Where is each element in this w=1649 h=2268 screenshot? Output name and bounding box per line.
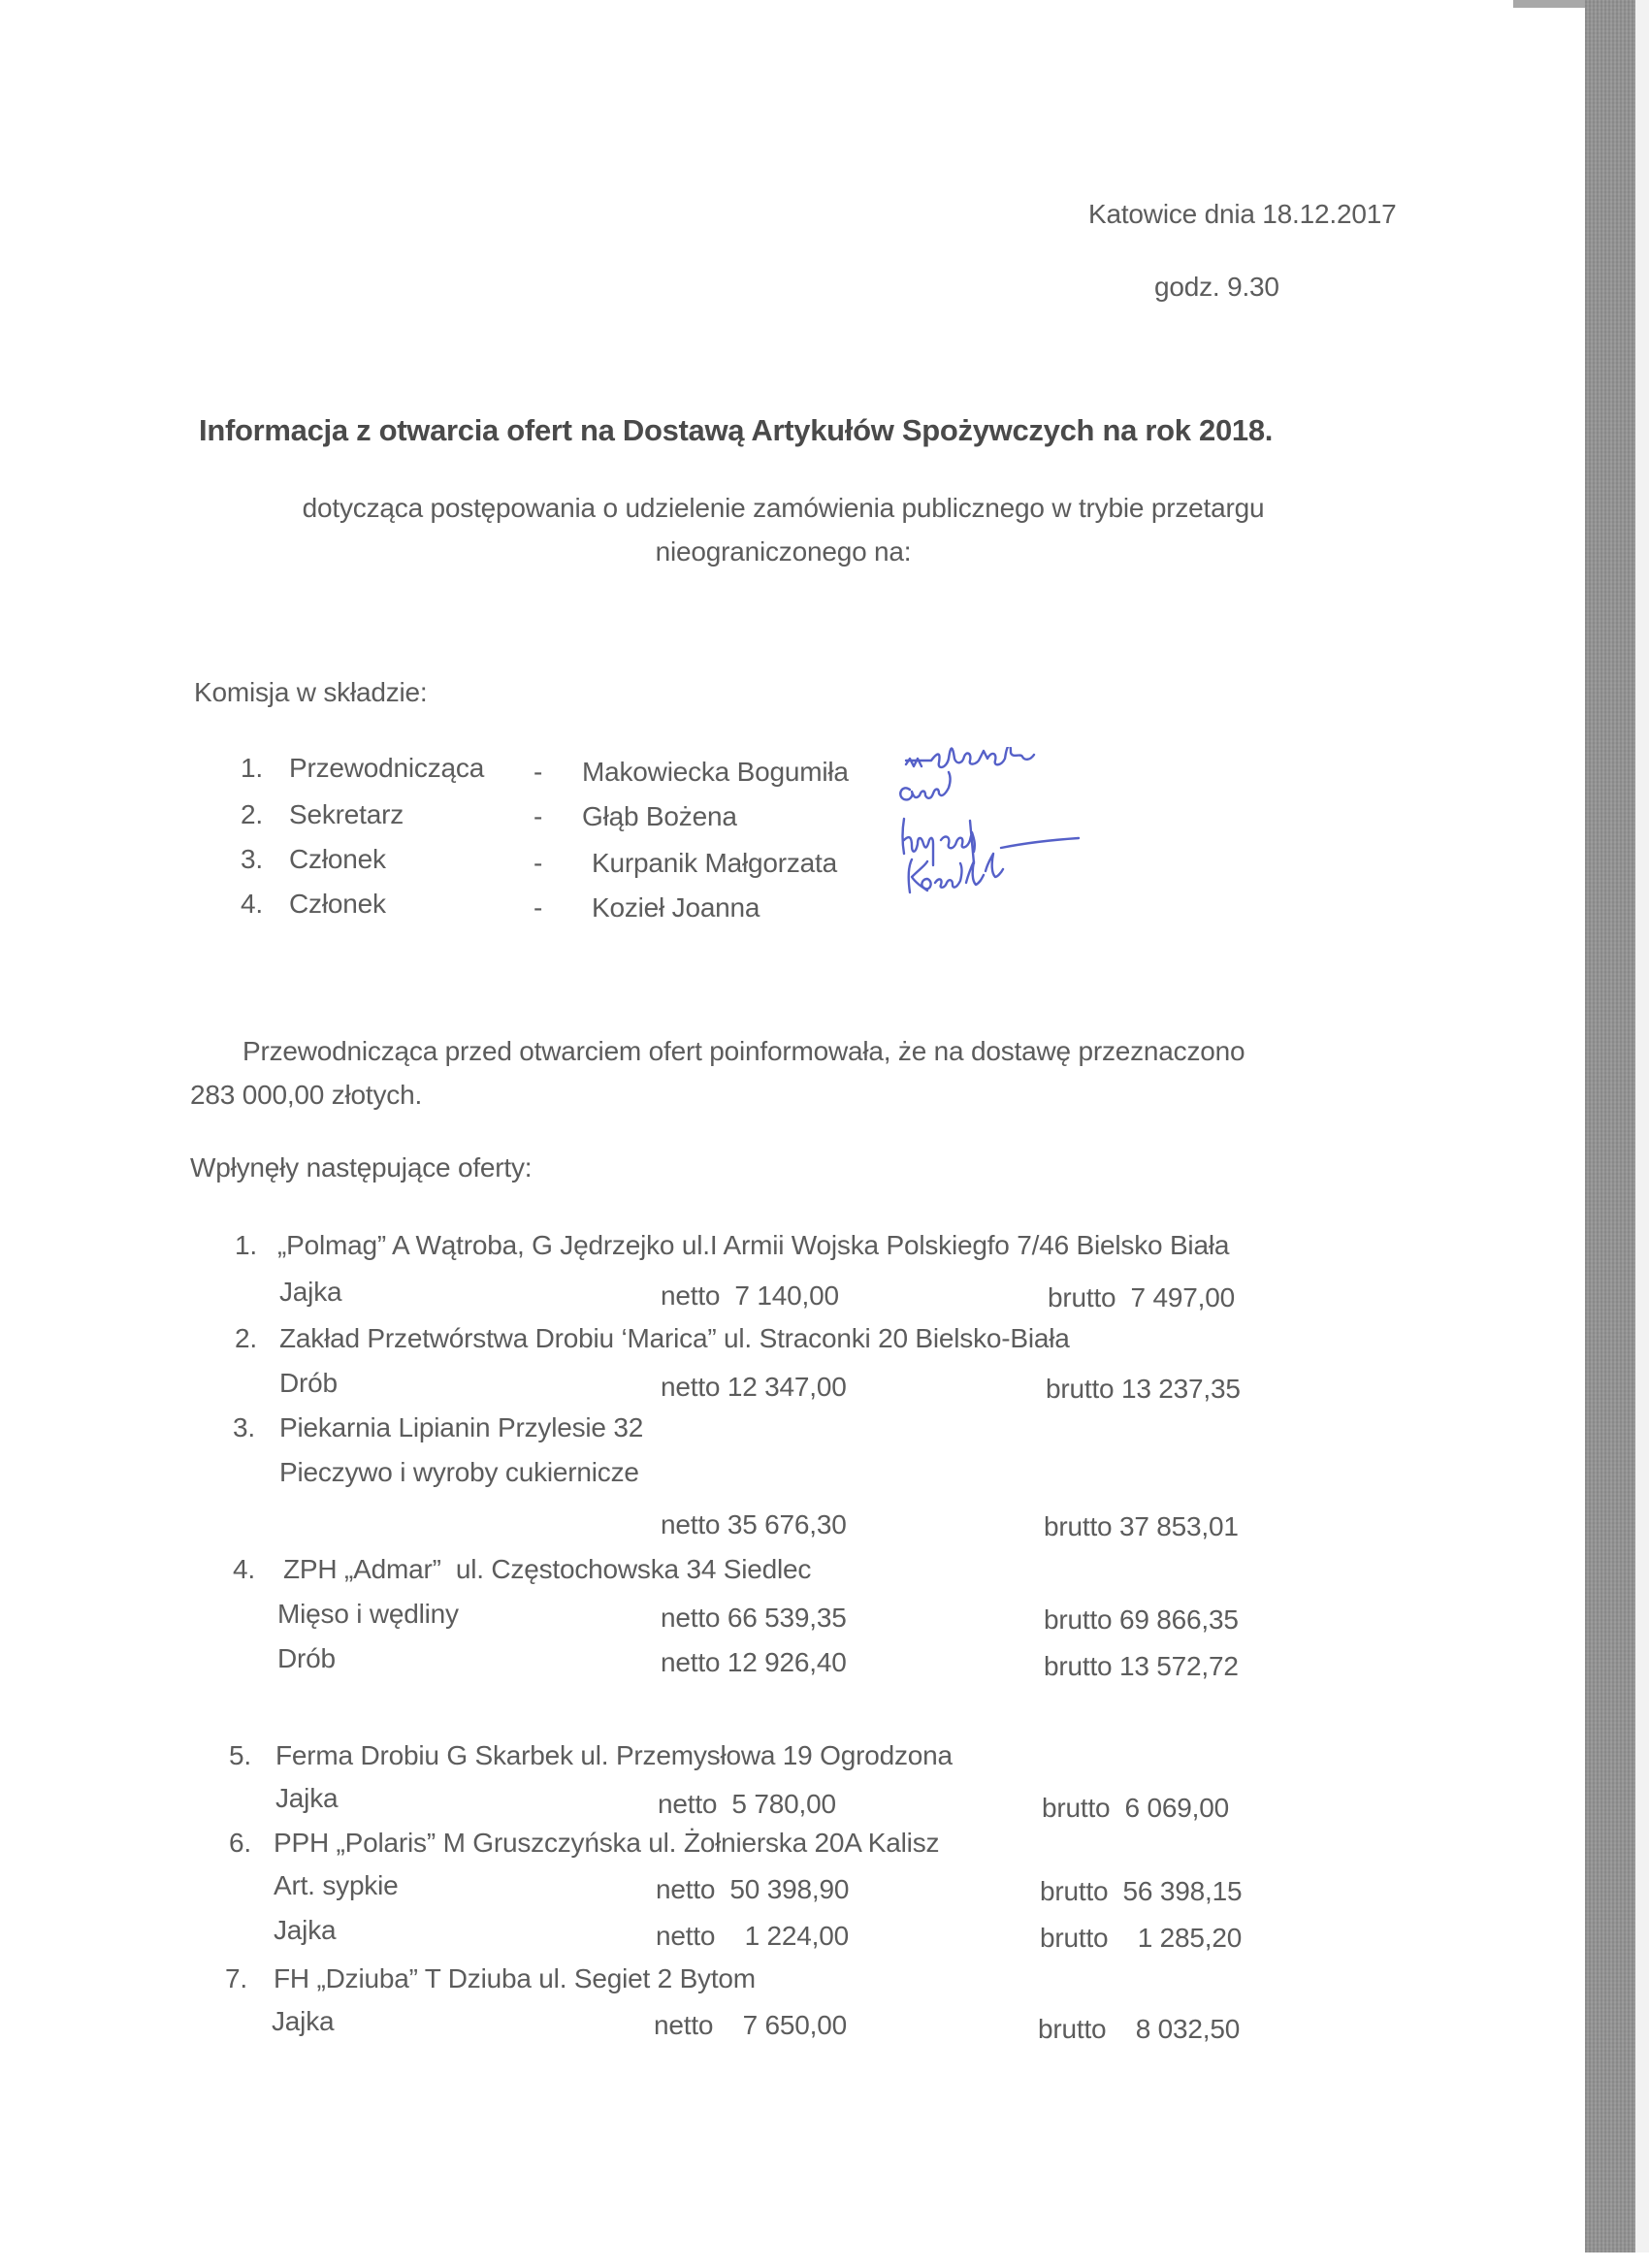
subtitle-line-2: nieograniczonego na:: [199, 538, 1368, 566]
offer-netto: netto 50 398,90: [656, 1876, 849, 1903]
offer-number: 7.: [225, 1965, 247, 1993]
offer-brutto: brutto 8 032,50: [1038, 2016, 1240, 2043]
offer-brutto: brutto 56 398,15: [1040, 1878, 1242, 1905]
offer-brutto: brutto 6 069,00: [1042, 1795, 1229, 1822]
scanner-edge-margin: [1635, 0, 1649, 2268]
handwritten-signatures: [892, 747, 1183, 941]
offer-netto: netto 1 224,00: [656, 1923, 849, 1950]
offer-company: „Polmag” A Wątroba, G Jędrzejko ul.I Arm…: [277, 1232, 1229, 1259]
offer-product: Drób: [277, 1645, 336, 1672]
place-date: Katowice dnia 18.12.2017: [1088, 201, 1396, 228]
offer-product: Art. sypkie: [274, 1872, 399, 1899]
member-number: 3.: [241, 846, 263, 873]
member-dash: -: [533, 803, 542, 830]
offer-brutto: brutto 13 572,72: [1044, 1653, 1239, 1680]
offer-company: Piekarnia Lipianin Przylesie 32: [279, 1414, 643, 1442]
offer-product: Drób: [279, 1370, 338, 1397]
offer-product: Jajka: [274, 1917, 336, 1944]
offer-brutto: brutto 7 497,00: [1048, 1284, 1235, 1312]
member-role: Członek: [289, 891, 386, 918]
offer-netto: netto 12 347,00: [661, 1374, 847, 1401]
member-role: Członek: [289, 846, 386, 873]
offer-netto: netto 35 676,30: [661, 1511, 847, 1539]
offer-number: 6.: [229, 1830, 251, 1857]
committee-heading: Komisja w składzie:: [194, 679, 428, 706]
budget-line-1: Przewodnicząca przed otwarciem ofert poi…: [242, 1038, 1245, 1065]
member-role: Sekretarz: [289, 801, 404, 828]
member-dash: -: [533, 850, 542, 877]
member-name: Makowiecka Bogumiła: [582, 759, 849, 786]
offer-netto: netto 5 780,00: [658, 1791, 836, 1818]
offer-netto: netto 7 140,00: [661, 1282, 839, 1310]
offer-brutto: brutto 13 237,35: [1046, 1376, 1241, 1403]
offer-company: ZPH „Admar” ul. Częstochowska 34 Siedlec: [283, 1556, 811, 1583]
document-title: Informacja z otwarcia ofert na Dostawą A…: [199, 415, 1273, 445]
offer-company: Ferma Drobiu G Skarbek ul. Przemysłowa 1…: [275, 1742, 953, 1769]
scanner-edge-texture: [1585, 0, 1635, 2268]
offer-company: PPH „Polaris” M Gruszczyńska ul. Żołnier…: [274, 1830, 939, 1857]
offer-company: Zakład Przetwórstwa Drobiu ‘Marica” ul. …: [279, 1325, 1070, 1352]
member-name: Kozieł Joanna: [592, 894, 760, 922]
time: godz. 9.30: [1154, 274, 1279, 301]
offer-product: Mięso i wędliny: [277, 1601, 459, 1628]
member-number: 4.: [241, 891, 263, 918]
member-number: 2.: [241, 801, 263, 828]
scanner-top-edge: [1513, 0, 1585, 8]
offer-netto: netto 12 926,40: [661, 1649, 847, 1676]
offer-number: 5.: [229, 1742, 251, 1769]
offer-netto: netto 7 650,00: [654, 2012, 847, 2039]
member-dash: -: [533, 759, 542, 786]
budget-line-2: 283 000,00 złotych.: [190, 1082, 422, 1109]
offer-product: Jajka: [275, 1785, 338, 1812]
offer-netto: netto 66 539,35: [661, 1604, 847, 1632]
subtitle-line-1: dotycząca postępowania o udzielenie zamó…: [199, 495, 1368, 522]
offer-product: Jajka: [279, 1279, 341, 1306]
offer-company: FH „Dziuba” T Dziuba ul. Segiet 2 Bytom: [274, 1965, 756, 1993]
member-name: Kurpanik Małgorzata: [592, 850, 837, 877]
offers-heading: Wpłynęły następujące oferty:: [190, 1154, 532, 1182]
member-dash: -: [533, 894, 542, 922]
scanner-bottom-margin: [0, 2252, 1649, 2268]
offer-number: 3.: [233, 1414, 255, 1442]
offer-number: 4.: [233, 1556, 255, 1583]
offer-brutto: brutto 1 285,20: [1040, 1925, 1242, 1952]
offer-brutto: brutto 37 853,01: [1044, 1513, 1239, 1540]
member-number: 1.: [241, 755, 263, 782]
offer-number: 1.: [235, 1232, 257, 1259]
member-name: Głąb Bożena: [582, 803, 737, 830]
document-page: Katowice dnia 18.12.2017 godz. 9.30 Info…: [0, 0, 1585, 2268]
offer-product: Pieczywo i wyroby cukiernicze: [279, 1459, 639, 1486]
offer-brutto: brutto 69 866,35: [1044, 1606, 1239, 1634]
offer-product: Jajka: [272, 2008, 334, 2035]
member-role: Przewodnicząca: [289, 755, 484, 782]
offer-number: 2.: [235, 1325, 257, 1352]
